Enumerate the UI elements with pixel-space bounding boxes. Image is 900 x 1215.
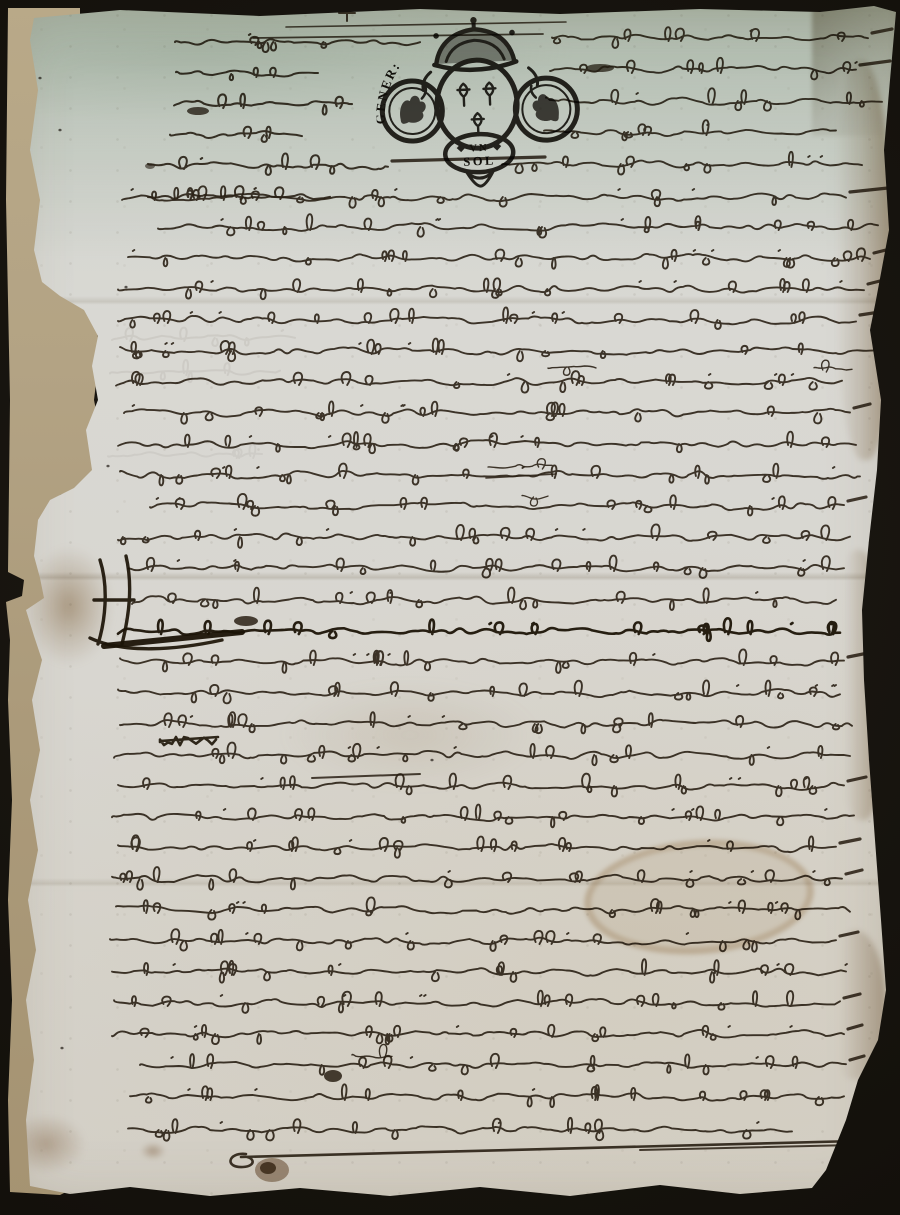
manuscript-page: GENER: VN SOL (0, 0, 900, 1215)
paper-edge-shading (0, 0, 900, 1215)
photograph-background: GENER: VN SOL (0, 0, 900, 1215)
